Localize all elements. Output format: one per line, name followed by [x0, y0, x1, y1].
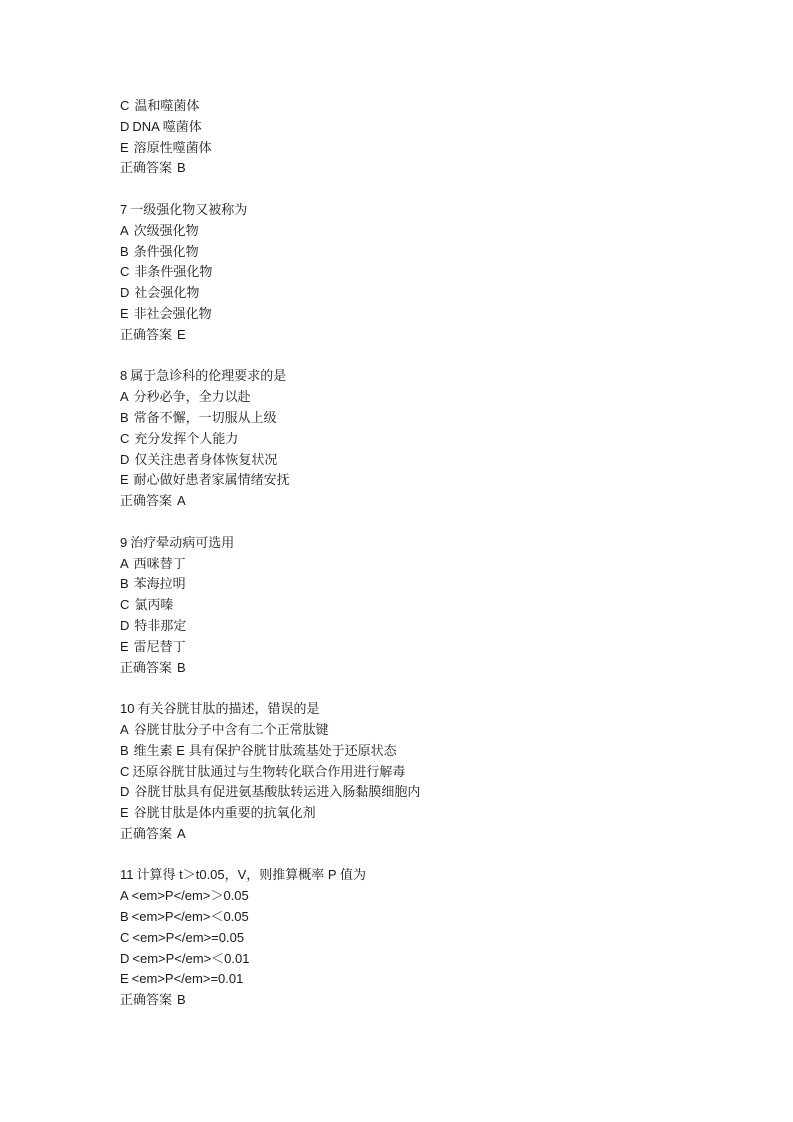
option-letter: C — [120, 595, 129, 616]
answer-label: 正确答案 — [120, 325, 172, 346]
option-text: 非条件强化物 — [134, 262, 212, 283]
option-text: <em>P</em>=0.05 — [132, 928, 244, 949]
question-6-continued: C温和噬菌体 DDNA 噬菌体 E溶原性噬菌体 正确答案B — [120, 96, 720, 179]
answer-value: A — [177, 824, 186, 845]
answer-label: 正确答案 — [120, 990, 172, 1011]
option-a: A次级强化物 — [120, 221, 720, 242]
option-text: 谷胱甘肽分子中含有二个正常肽键 — [134, 720, 329, 741]
option-text: 耐心做好患者家属情绪安抚 — [134, 470, 290, 491]
option-c: C温和噬菌体 — [120, 96, 720, 117]
option-d: D特非那定 — [120, 616, 720, 637]
question-10: 10有关谷胱甘肽的描述，错误的是 A谷胱甘肽分子中含有二个正常肽键 B维生素 E… — [120, 699, 720, 845]
question-stem: 9治疗晕动病可选用 — [120, 533, 720, 554]
option-letter: E — [120, 138, 129, 159]
option-letter: A — [120, 720, 129, 741]
option-text: 非社会强化物 — [134, 304, 212, 325]
option-c: C非条件强化物 — [120, 262, 720, 283]
option-text: 条件强化物 — [134, 242, 199, 263]
option-letter: B — [120, 741, 129, 762]
option-text: <em>P</em>＜0.05 — [132, 907, 249, 928]
option-e: E雷尼替丁 — [120, 637, 720, 658]
option-text: 雷尼替丁 — [134, 637, 186, 658]
option-text: <em>P</em>＞0.05 — [132, 886, 249, 907]
option-text: 谷胱甘肽是体内重要的抗氧化剂 — [134, 803, 316, 824]
question-number: 8 — [120, 366, 127, 387]
option-d: D社会强化物 — [120, 283, 720, 304]
option-letter: B — [120, 242, 129, 263]
question-text: 计算得 t＞t0.05，V，则推算概率 P 值为 — [137, 865, 366, 886]
option-letter: C — [120, 96, 129, 117]
question-9: 9治疗晕动病可选用 A西咪替丁 B苯海拉明 C氯丙嗪 D特非那定 E雷尼替丁 正… — [120, 533, 720, 679]
option-a: A谷胱甘肽分子中含有二个正常肽键 — [120, 720, 720, 741]
option-d: D仅关注患者身体恢复状况 — [120, 450, 720, 471]
option-e: E溶原性噬菌体 — [120, 138, 720, 159]
question-stem: 8属于急诊科的伦理要求的是 — [120, 366, 720, 387]
option-letter: D — [120, 450, 129, 471]
option-c: C充分发挥个人能力 — [120, 429, 720, 450]
answer-label: 正确答案 — [120, 824, 172, 845]
option-letter: C — [120, 928, 129, 949]
option-text: DNA 噬菌体 — [132, 117, 201, 138]
option-text: 还原谷胱甘肽通过与生物转化联合作用进行解毒 — [132, 762, 405, 783]
option-letter: E — [120, 304, 129, 325]
option-a: A<em>P</em>＞0.05 — [120, 886, 720, 907]
option-a: A西咪替丁 — [120, 554, 720, 575]
option-letter: E — [120, 803, 129, 824]
answer-value: B — [177, 658, 186, 679]
option-text: 西咪替丁 — [134, 554, 186, 575]
question-stem: 11计算得 t＞t0.05，V，则推算概率 P 值为 — [120, 865, 720, 886]
option-text: 苯海拉明 — [134, 574, 186, 595]
option-text: 溶原性噬菌体 — [134, 138, 212, 159]
option-letter: D — [120, 782, 129, 803]
correct-answer: 正确答案A — [120, 491, 720, 512]
option-text: 温和噬菌体 — [134, 96, 199, 117]
option-letter: A — [120, 387, 129, 408]
option-letter: D — [120, 283, 129, 304]
option-letter: D — [120, 117, 129, 138]
question-text: 治疗晕动病可选用 — [130, 533, 234, 554]
correct-answer: 正确答案B — [120, 158, 720, 179]
option-b: B维生素 E 具有保护谷胱甘肽巯基处于还原状态 — [120, 741, 720, 762]
answer-label: 正确答案 — [120, 658, 172, 679]
option-text: 谷胱甘肽具有促进氨基酸肽转运进入肠黏膜细胞内 — [134, 782, 420, 803]
answer-label: 正确答案 — [120, 158, 172, 179]
option-b: B<em>P</em>＜0.05 — [120, 907, 720, 928]
document-page: C温和噬菌体 DDNA 噬菌体 E溶原性噬菌体 正确答案B 7一级强化物又被称为… — [120, 96, 720, 1032]
option-text: 氯丙嗪 — [134, 595, 173, 616]
option-text: 次级强化物 — [134, 221, 199, 242]
option-letter: E — [120, 470, 129, 491]
option-e: E<em>P</em>=0.01 — [120, 969, 720, 990]
answer-value: B — [177, 158, 186, 179]
question-7: 7一级强化物又被称为 A次级强化物 B条件强化物 C非条件强化物 D社会强化物 … — [120, 200, 720, 346]
question-stem: 7一级强化物又被称为 — [120, 200, 720, 221]
answer-value: A — [177, 491, 186, 512]
question-number: 7 — [120, 200, 127, 221]
option-c: C<em>P</em>=0.05 — [120, 928, 720, 949]
option-letter: B — [120, 574, 129, 595]
option-c: C还原谷胱甘肽通过与生物转化联合作用进行解毒 — [120, 762, 720, 783]
option-letter: C — [120, 762, 129, 783]
correct-answer: 正确答案B — [120, 990, 720, 1011]
option-e: E耐心做好患者家属情绪安抚 — [120, 470, 720, 491]
option-letter: D — [120, 616, 129, 637]
option-letter: E — [120, 637, 129, 658]
question-number: 11 — [120, 865, 134, 886]
option-letter: C — [120, 262, 129, 283]
answer-value: B — [177, 990, 186, 1011]
option-letter: E — [120, 969, 129, 990]
option-letter: C — [120, 429, 129, 450]
option-d: DDNA 噬菌体 — [120, 117, 720, 138]
option-text: 特非那定 — [134, 616, 186, 637]
question-stem: 10有关谷胱甘肽的描述，错误的是 — [120, 699, 720, 720]
option-text: <em>P</em>=0.01 — [132, 969, 244, 990]
question-number: 9 — [120, 533, 127, 554]
answer-label: 正确答案 — [120, 491, 172, 512]
option-letter: A — [120, 221, 129, 242]
option-b: B常备不懈，一切服从上级 — [120, 408, 720, 429]
option-letter: B — [120, 408, 129, 429]
option-text: 仅关注患者身体恢复状况 — [134, 450, 277, 471]
option-letter: A — [120, 886, 129, 907]
option-d: D<em>P</em>＜0.01 — [120, 949, 720, 970]
answer-value: E — [177, 325, 186, 346]
option-letter: B — [120, 907, 129, 928]
correct-answer: 正确答案A — [120, 824, 720, 845]
question-text: 属于急诊科的伦理要求的是 — [130, 366, 286, 387]
question-8: 8属于急诊科的伦理要求的是 A分秒必争，全力以赴 B常备不懈，一切服从上级 C充… — [120, 366, 720, 512]
option-b: B苯海拉明 — [120, 574, 720, 595]
correct-answer: 正确答案B — [120, 658, 720, 679]
option-e: E谷胱甘肽是体内重要的抗氧化剂 — [120, 803, 720, 824]
option-letter: D — [120, 949, 129, 970]
option-text: <em>P</em>＜0.01 — [132, 949, 249, 970]
question-number: 10 — [120, 699, 134, 720]
question-text: 一级强化物又被称为 — [130, 200, 247, 221]
option-a: A分秒必争，全力以赴 — [120, 387, 720, 408]
option-letter: A — [120, 554, 129, 575]
option-b: B条件强化物 — [120, 242, 720, 263]
option-text: 充分发挥个人能力 — [134, 429, 238, 450]
question-11: 11计算得 t＞t0.05，V，则推算概率 P 值为 A<em>P</em>＞0… — [120, 865, 720, 1011]
correct-answer: 正确答案E — [120, 325, 720, 346]
option-text: 社会强化物 — [134, 283, 199, 304]
option-d: D谷胱甘肽具有促进氨基酸肽转运进入肠黏膜细胞内 — [120, 782, 720, 803]
option-c: C氯丙嗪 — [120, 595, 720, 616]
option-text: 分秒必争，全力以赴 — [134, 387, 251, 408]
option-text: 维生素 E 具有保护谷胱甘肽巯基处于还原状态 — [134, 741, 397, 762]
option-e: E非社会强化物 — [120, 304, 720, 325]
option-text: 常备不懈，一切服从上级 — [134, 408, 277, 429]
question-text: 有关谷胱甘肽的描述，错误的是 — [137, 699, 319, 720]
